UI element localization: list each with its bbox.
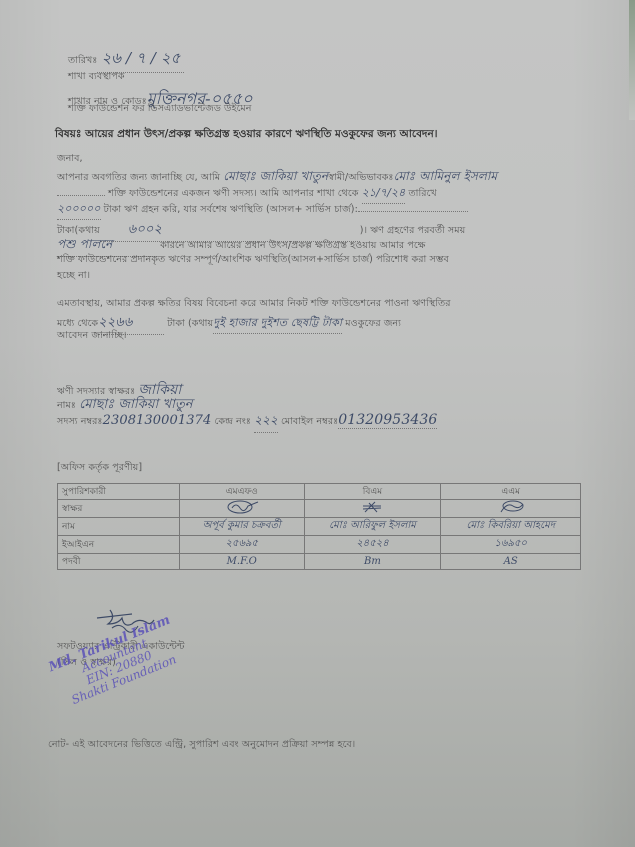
member-no-label: সদস্য নম্বরঃ — [57, 416, 103, 427]
table-row: ইআইএন ২৫৬৯৫ ২৪৫২৪ ১৬৯৫০ — [58, 536, 581, 554]
para1-line4-suffix: )। ঋণ গ্রহণের পরবর্তী সময় — [360, 225, 466, 236]
designation-cell: M.F.O — [180, 554, 305, 570]
designation-cell: AS — [441, 554, 581, 570]
para1-intro: আপনার অবগতির জন্য জানাচ্ছি যে, আমি — [57, 172, 220, 183]
para1-line3-text: টাকা ঋণ গ্রহন করি, যার সর্বশেষ ঋণস্থিতি … — [104, 204, 358, 215]
mobile-value: 01320953436 — [338, 412, 437, 429]
mobile-label: মোবাইল নম্বরঃ — [281, 416, 338, 427]
row-label: নাম — [58, 518, 180, 536]
outstanding-words-handwritten: ৬০০২ — [128, 222, 162, 237]
ein-cell: ১৬৯৫০ — [441, 536, 581, 554]
header-cell: এমএফও — [180, 484, 305, 500]
name-cell: মোঃ কিবরিয়া আহমেদ — [441, 518, 581, 536]
designation-cell: Bm — [304, 554, 441, 570]
name-cell: মোঃ আরিফুল ইসলাম — [304, 518, 441, 536]
date-suffix: তারিখে — [409, 188, 437, 199]
signature-cell — [304, 500, 441, 518]
para1-line3: ২০০০০০ টাকা ঋণ গ্রহন করি, যার সর্বশেষ ঋণ… — [57, 200, 468, 220]
member-no-value: 2308130001374 — [103, 413, 212, 428]
recipient-title: শাখা ব্যবস্থাপক — [68, 70, 125, 85]
signature-cell — [180, 500, 305, 518]
blank-dots — [358, 211, 468, 212]
para2-line1: এমতাবস্থায়, আমার প্রকল্প ক্ষতির বিষয় ব… — [57, 297, 451, 312]
para2-line3: আবেদন জানাচ্ছি। — [57, 329, 127, 344]
para1-line6: শক্তি ফাউন্ডেশনের প্রদানকৃত ঋণের সম্পূর্… — [57, 253, 449, 268]
signature-scribble-icon — [222, 500, 262, 514]
row-label: পদবী — [58, 554, 180, 570]
date-label: তারিখঃ — [68, 55, 97, 66]
guardian-name-handwritten: মোঃ আমিনুল ইসলাম — [394, 169, 498, 183]
organization-name: শক্তি ফাউন্ডেশন ফর ডিসএ্যাডভান্টেজড উইমে… — [68, 102, 252, 117]
office-section-heading: [অফিস কর্তৃক পূরণীয়] — [57, 461, 142, 476]
signature-scribble-icon — [491, 500, 531, 514]
name-cell: অপূর্ব কুমার চক্রবর্তী — [180, 518, 305, 536]
office-approval-table: সুপারিশকারী এমএফও বিএম এএম স্বাক্ষর নাম … — [57, 483, 581, 570]
member-name-value: মোছাঃ জাকিয়া খাতুন — [79, 397, 193, 412]
loan-amount-handwritten: ২০০০০০ — [57, 200, 101, 220]
signature-cell — [441, 500, 581, 518]
table-header-row: সুপারিশকারী এমএফও বিএম এএম — [58, 484, 581, 500]
table-row: স্বাক্ষর — [58, 500, 581, 518]
para2-suffix: মওকুফের জন্য — [345, 318, 401, 329]
guardian-label: স্বামী/অভিভাবকঃ — [328, 172, 393, 183]
footnote: নোট- এই আবেদনের ভিত্তিতে এন্ট্রি, সুপারি… — [48, 738, 355, 753]
waive-words-handwritten: দুই হাজার দুইশত ছেষট্টি টাকা — [213, 314, 342, 334]
center-label: কেন্দ্র নংঃ — [215, 416, 251, 427]
row-label: ইআইএন — [58, 536, 180, 554]
name-label: নামঃ — [57, 400, 76, 411]
header-cell: সুপারিশকারী — [58, 484, 180, 500]
row-label: স্বাক্ষর — [58, 500, 180, 518]
center-value: ২২২ — [254, 412, 278, 433]
blank-dots — [57, 195, 105, 196]
header-cell: বিএম — [304, 484, 441, 500]
para1-line2-text: শক্তি ফাউন্ডেশনের একজন ঋণী সদস্য। আমি আপ… — [108, 188, 358, 199]
para1-line5-text: কারনে আমার আয়ের প্রধান উৎস/প্রকল্প ক্ষত… — [160, 240, 425, 251]
taka-words-label: টাকা (কথায় — [167, 318, 213, 329]
member-number-row: সদস্য নম্বরঃ2308130001374 কেন্দ্র নংঃ ২২… — [57, 412, 437, 433]
salutation: জনাব, — [57, 152, 83, 167]
member-name-handwritten: মোছাঃ জাকিয়া খাতুন — [223, 169, 328, 183]
paper-edge — [629, 0, 635, 120]
signature-scribble-icon — [357, 500, 387, 514]
para1-line7: হচ্ছে না। — [57, 269, 90, 284]
header-cell: এএম — [441, 484, 581, 500]
subject-line: বিষয়ঃ আয়ের প্রধান উৎস/প্রকল্প ক্ষতিগ্র… — [55, 127, 437, 144]
table-row: নাম অপূর্ব কুমার চক্রবর্তী মোঃ আরিফুল ইস… — [58, 518, 581, 536]
ein-cell: ২৪৫২৪ — [304, 536, 441, 554]
table-row: পদবী M.F.O Bm AS — [58, 554, 581, 570]
words-label: টাকা(কথায় — [57, 225, 100, 236]
para2-prefix: মধ্যে থেকে — [57, 318, 98, 329]
ein-cell: ২৫৬৯৫ — [180, 536, 305, 554]
